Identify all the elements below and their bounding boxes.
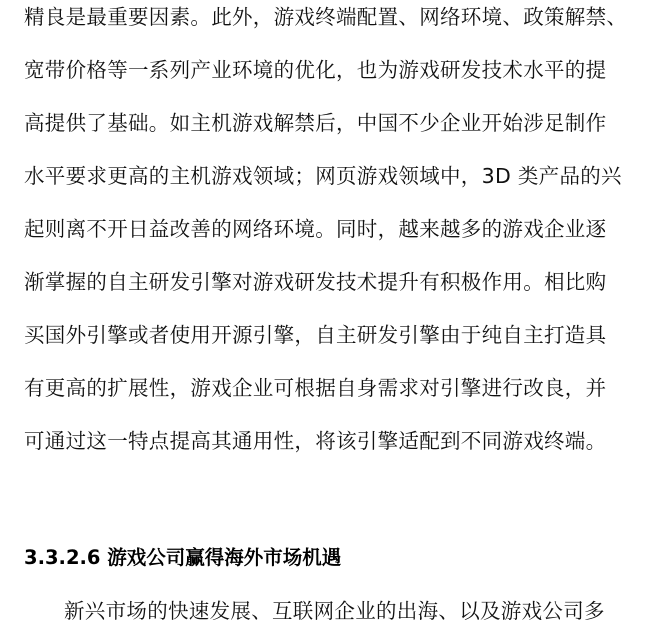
section-heading: 3.3.2.6 游戏公司赢得海外市场机遇 — [24, 544, 341, 572]
paragraph-line: 买国外引擎或者使用开源引擎，自主研发引擎由于纯自主打造具 — [24, 321, 624, 349]
paragraph-line: 高提供了基础。如主机游戏解禁后，中国不少企业开始涉足制作 — [24, 109, 624, 137]
paragraph-line: 宽带价格等一系列产业环境的优化，也为游戏研发技术水平的提 — [24, 56, 624, 84]
paragraph-line: 起则离不开日益改善的网络环境。同时，越来越多的游戏企业逐 — [24, 215, 624, 243]
paragraph-line: 精良是最重要因素。此外，游戏终端配置、网络环境、政策解禁、 — [24, 3, 624, 31]
paragraph-line: 水平要求更高的主机游戏领域；网页游戏领域中，3D 类产品的兴 — [24, 162, 624, 190]
paragraph-line: 有更高的扩展性，游戏企业可根据自身需求对引擎进行改良，并 — [24, 374, 624, 402]
document-page: 精良是最重要因素。此外，游戏终端配置、网络环境、政策解禁、 宽带价格等一系列产业… — [0, 0, 650, 635]
paragraph-line: 可通过这一特点提高其通用性，将该引擎适配到不同游戏终端。 — [24, 427, 624, 455]
paragraph-line: 新兴市场的快速发展、互联网企业的出海、以及游戏公司多 — [64, 597, 650, 625]
paragraph-line: 渐掌握的自主研发引擎对游戏研发技术提升有积极作用。相比购 — [24, 268, 624, 296]
